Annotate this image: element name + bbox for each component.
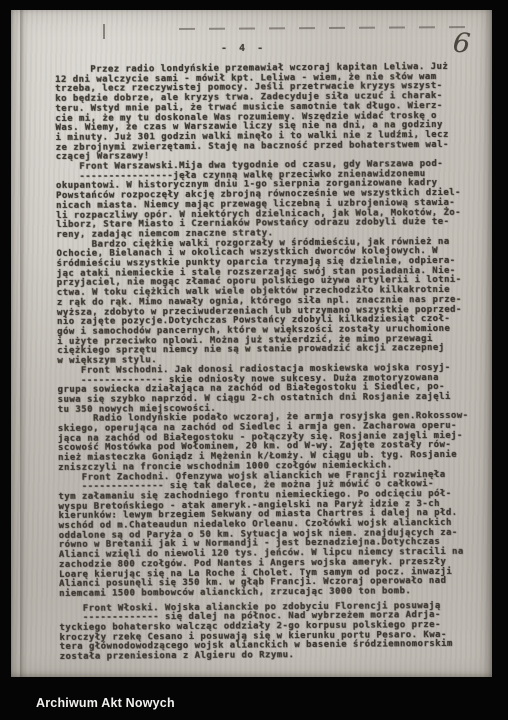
paragraph: Front Wschodni. Jak donosi radiostacja m… bbox=[57, 363, 481, 415]
paper-crease bbox=[20, 10, 27, 677]
document-page: - 4 - 6 Przez radio londyńskie przemawia… bbox=[11, 10, 492, 677]
scan-edge-artifact bbox=[179, 26, 479, 30]
page-number: - 4 - bbox=[221, 43, 266, 54]
text-line: została przeniesiona z Algieru do Rzymu. bbox=[60, 650, 484, 663]
paragraph: Radio londyńskie podało wczoraj, że armj… bbox=[58, 412, 482, 474]
paragraph: Front Zachodni. Ofenzywa wojsk alianckic… bbox=[58, 470, 483, 599]
archive-footer-bar: Archiwum Akt Nowych bbox=[0, 677, 508, 720]
document-body: Przez radio londyńskie przemawiał wczora… bbox=[55, 63, 484, 663]
scan-edge-tick bbox=[103, 24, 105, 39]
paragraph: Front Warszawski.Mija dwa tygodnie od cz… bbox=[56, 160, 481, 241]
paragraph: Bardzo ciężkie walki rozgorzały w śródmi… bbox=[56, 237, 481, 366]
text-line: niemcami 1500 bombowców alianckich, zrzu… bbox=[59, 587, 483, 600]
paragraph: Przez radio londyńskie przemawiał wczora… bbox=[55, 63, 480, 163]
scanned-document-view: - 4 - 6 Przez radio londyńskie przemawia… bbox=[0, 0, 508, 720]
archive-name: Archiwum Akt Nowych bbox=[36, 696, 175, 710]
handwritten-page-mark: 6 bbox=[452, 27, 472, 59]
paragraph: Front Włoski. Wojska alianckie po zdobyc… bbox=[59, 601, 483, 663]
